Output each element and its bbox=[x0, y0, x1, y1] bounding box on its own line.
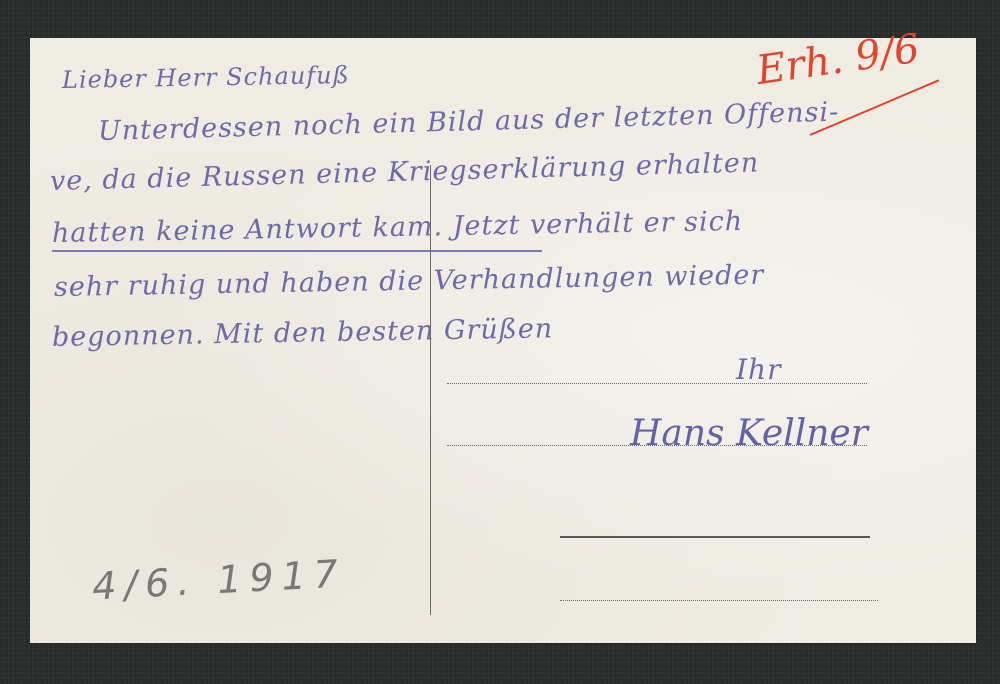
address-line-4 bbox=[560, 600, 878, 601]
closing-text: Ihr bbox=[736, 353, 781, 386]
card-divider-line bbox=[430, 165, 431, 615]
salutation-text: Lieber Herr Schaufuß bbox=[62, 61, 350, 94]
postcard-back: Lieber Herr Schaufuß Unterdessen noch ei… bbox=[30, 38, 976, 643]
underline-mark bbox=[52, 250, 542, 252]
address-line-1 bbox=[447, 383, 867, 384]
pencil-date: 4/6. 1917 bbox=[91, 551, 347, 608]
message-line-2: ve, da die Russen eine Kriegserklärung e… bbox=[50, 147, 760, 197]
received-annotation: Erh. 9/6 bbox=[754, 26, 923, 94]
message-line-1: Unterdessen noch ein Bild aus der letzte… bbox=[98, 97, 840, 147]
message-line-3: hatten keine Antwort kam. Jetzt verhält … bbox=[52, 206, 744, 249]
signature: Hans Kellner bbox=[630, 413, 868, 454]
message-line-5: begonnen. Mit den besten Grüßen bbox=[52, 313, 554, 353]
address-line-3 bbox=[560, 536, 870, 538]
message-line-4: sehr ruhig und haben die Verhandlungen w… bbox=[54, 260, 765, 303]
address-line-2 bbox=[447, 445, 867, 446]
